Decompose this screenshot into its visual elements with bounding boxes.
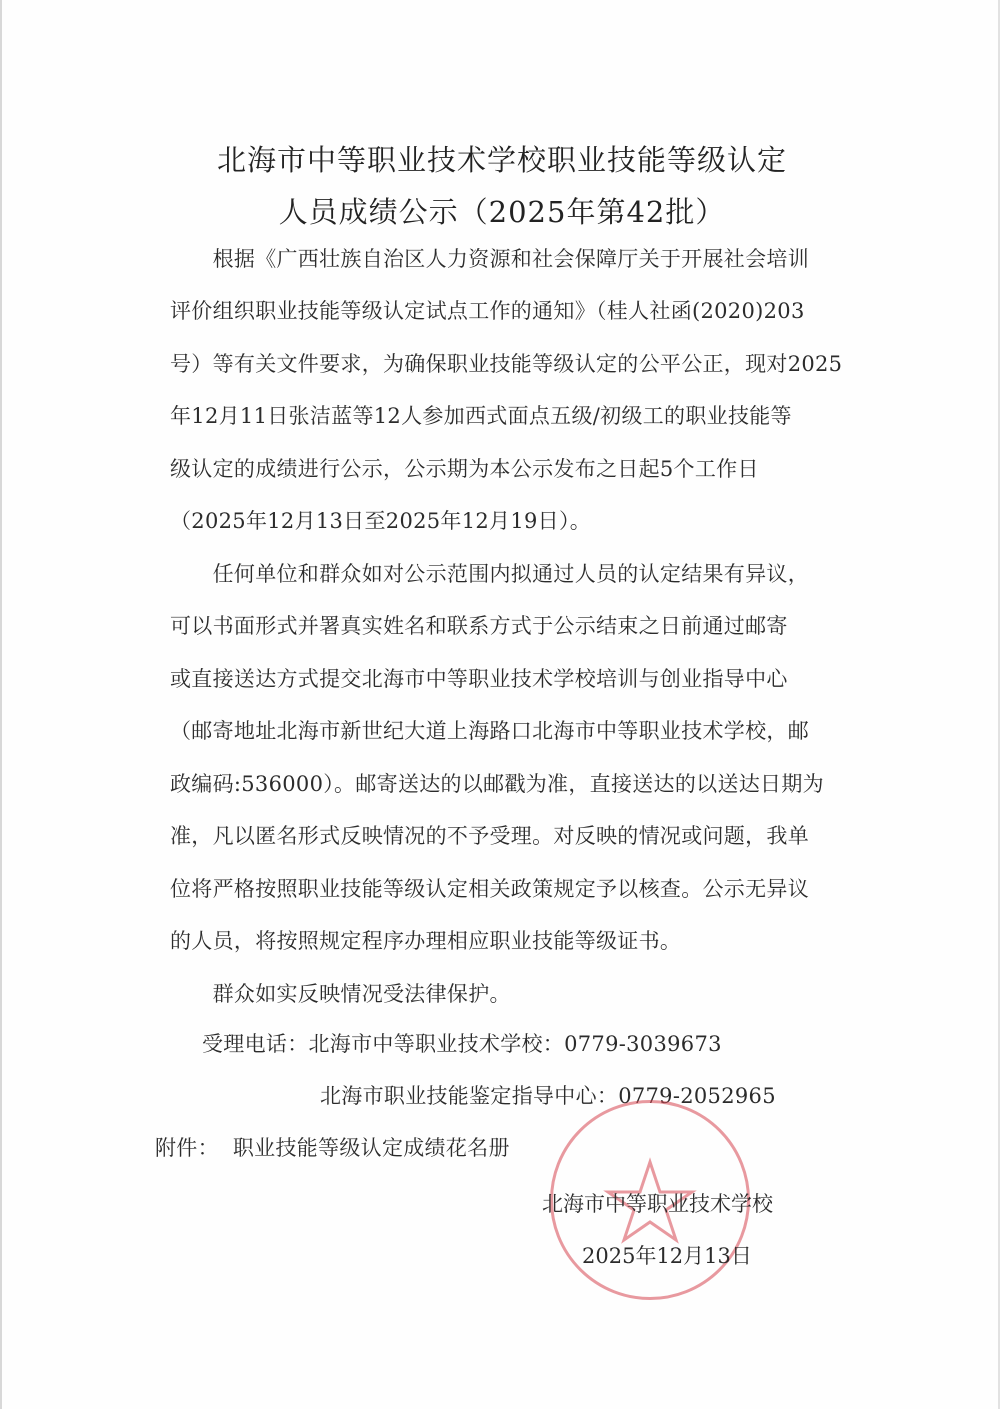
contact-label: 受理电话： [202,1032,309,1056]
body-line: 年12月11日张洁蓝等12人参加西式面点五级/初级工的职业技能等 [170,402,850,430]
body-line: 任何单位和群众如对公示范围内拟通过人员的认定结果有异议， [170,560,850,588]
body-line: （邮寄地址北海市新世纪大道上海路口北海市中等职业技术学校，邮 [170,717,850,745]
body-line: 或直接送达方式提交北海市中等职业技术学校培训与创业指导中心 [170,665,850,693]
body-line: 评价组织职业技能等级认定试点工作的通知》（桂人社函(2020)203 [170,297,850,325]
document-title-line2: 人员成绩公示（2025年第42批） [2,190,1000,231]
body-line: 的人员，将按照规定程序办理相应职业技能等级证书。 [170,927,850,955]
body-line: 准，凡以匿名形式反映情况的不予受理。对反映的情况或问题，我单 [170,822,850,850]
attachment-label: 附件： [155,1136,219,1160]
contact-block: 受理电话：北海市中等职业技术学校：0779-3039673 [202,1030,882,1058]
document-title-line1: 北海市中等职业技术学校职业技能等级认定 [2,138,1000,179]
body-line: 号）等有关文件要求，为确保职业技能等级认定的公平公正，现对2025 [170,350,850,378]
document-page: 北海市中等职业技术学校职业技能等级认定 人员成绩公示（2025年第42批） 根据… [0,0,1000,1409]
body-line: 根据《广西壮族自治区人力资源和社会保障厅关于开展社会培训 [170,245,850,273]
attachment-link[interactable]: 职业技能等级认定成绩花名册 [233,1136,510,1160]
body-line: 位将严格按照职业技能等级认定相关政策规定予以核查。公示无异议 [170,875,850,903]
body-line: （2025年12月13日至2025年12月19日）。 [170,507,850,535]
contact-school-phone: 北海市中等职业技术学校：0779-3039673 [309,1032,722,1056]
body-line: 可以书面形式并署真实姓名和联系方式于公示结束之日前通过邮寄 [170,612,850,640]
body-line: 级认定的成绩进行公示，公示期为本公示发布之日起5个工作日 [170,455,850,483]
body-line: 政编码:536000）。邮寄送达的以邮戳为准，直接送达的以送达日期为 [170,770,850,798]
signature-date: 2025年12月13日 [582,1240,752,1270]
signature-org: 北海市中等职业技术学校 [542,1188,773,1218]
body-line: 群众如实反映情况受法律保护。 [170,980,850,1008]
